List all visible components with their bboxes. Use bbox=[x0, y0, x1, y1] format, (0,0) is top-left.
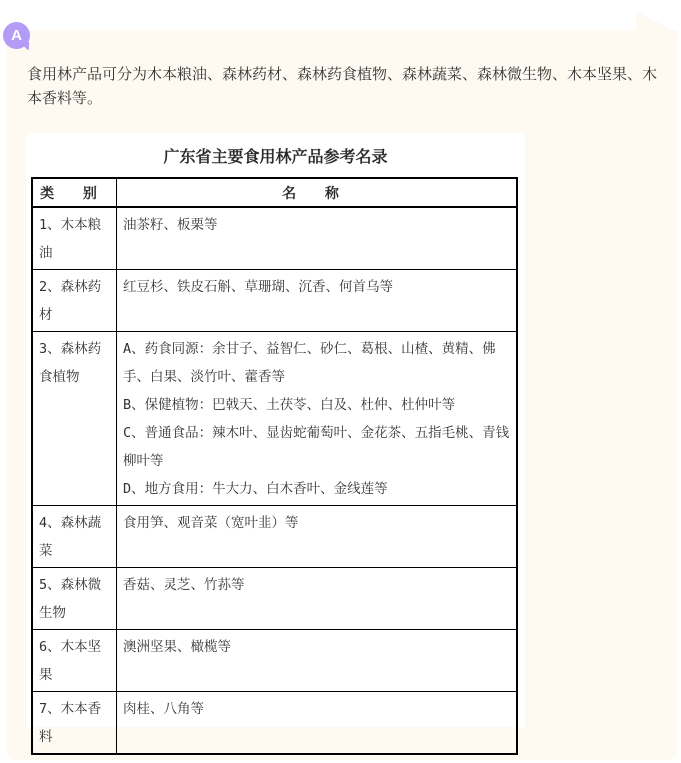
intro-paragraph: 食用林产品可分为木本粮油、森林药材、森林药食植物、森林蔬菜、森林微生物、木本坚果… bbox=[27, 62, 667, 110]
items-cell: 澳洲坚果、橄榄等 bbox=[117, 630, 518, 692]
category-cell: 2、森林药材 bbox=[32, 270, 117, 332]
table-panel: 广东省主要食用林产品参考名录 类 别 名 称 1、木本粮油 油茶籽、板栗等 2、… bbox=[26, 133, 525, 727]
category-cell: 6、木本坚果 bbox=[32, 630, 117, 692]
items-cell: A、药食同源：余甘子、益智仁、砂仁、葛根、山楂、黄精、佛手、白果、淡竹叶、藿香等… bbox=[117, 332, 518, 506]
table-row: 3、森林药食植物 A、药食同源：余甘子、益智仁、砂仁、葛根、山楂、黄精、佛手、白… bbox=[32, 332, 517, 506]
table-header-row: 类 别 名 称 bbox=[32, 178, 517, 207]
product-catalog-table: 类 别 名 称 1、木本粮油 油茶籽、板栗等 2、森林药材 红豆杉、铁皮石斛、草… bbox=[31, 177, 518, 755]
table-title: 广东省主要食用林产品参考名录 bbox=[26, 144, 525, 167]
item-subline: C、普通食品：辣木叶、显齿蛇葡萄叶、金花茶、五指毛桃、青钱柳叶等 bbox=[123, 419, 510, 475]
badge-label: A bbox=[11, 27, 22, 44]
category-cell: 5、森林微生物 bbox=[32, 568, 117, 630]
table-row: 2、森林药材 红豆杉、铁皮石斛、草珊瑚、沉香、何首乌等 bbox=[32, 270, 517, 332]
item-subline: A、药食同源：余甘子、益智仁、砂仁、葛根、山楂、黄精、佛手、白果、淡竹叶、藿香等 bbox=[123, 335, 510, 391]
category-cell: 4、森林蔬菜 bbox=[32, 506, 117, 568]
item-subline: B、保健植物：巴戟天、土茯苓、白及、杜仲、杜仲叶等 bbox=[123, 391, 510, 419]
header-name: 名 称 bbox=[117, 178, 518, 207]
items-cell: 红豆杉、铁皮石斛、草珊瑚、沉香、何首乌等 bbox=[117, 270, 518, 332]
items-cell: 香菇、灵芝、竹荪等 bbox=[117, 568, 518, 630]
category-cell: 7、木本香料 bbox=[32, 692, 117, 755]
category-cell: 3、森林药食植物 bbox=[32, 332, 117, 506]
header-category: 类 别 bbox=[32, 178, 117, 207]
item-subline: D、地方食用：牛大力、白木香叶、金线莲等 bbox=[123, 475, 510, 503]
table-row: 7、木本香料 肉桂、八角等 bbox=[32, 692, 517, 755]
items-cell: 油茶籽、板栗等 bbox=[117, 207, 518, 270]
items-cell: 肉桂、八角等 bbox=[117, 692, 518, 755]
table-row: 4、森林蔬菜 食用笋、观音菜（宽叶韭）等 bbox=[32, 506, 517, 568]
table-row: 6、木本坚果 澳洲坚果、橄榄等 bbox=[32, 630, 517, 692]
category-cell: 1、木本粮油 bbox=[32, 207, 117, 270]
table-row: 5、森林微生物 香菇、灵芝、竹荪等 bbox=[32, 568, 517, 630]
items-cell: 食用笋、观音菜（宽叶韭）等 bbox=[117, 506, 518, 568]
table-row: 1、木本粮油 油茶籽、板栗等 bbox=[32, 207, 517, 270]
